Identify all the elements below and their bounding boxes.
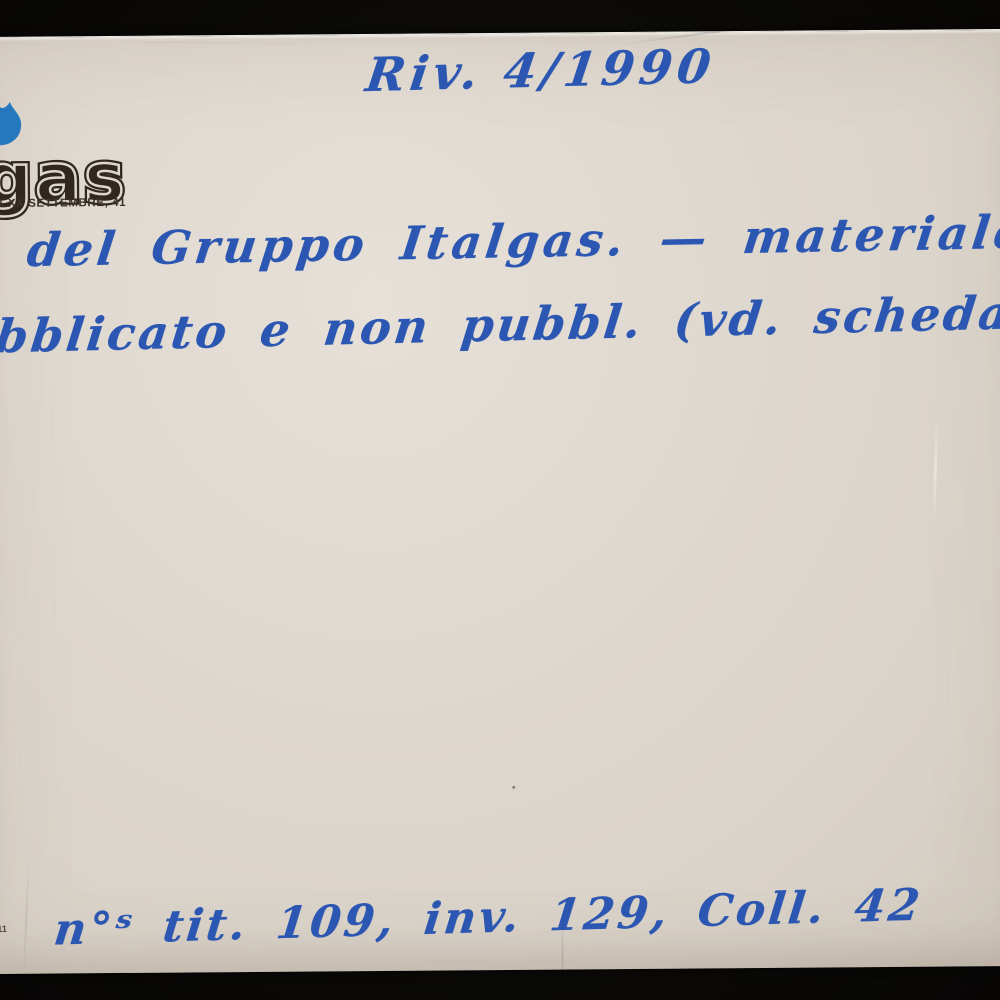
handwritten-top-annotation: Riv. 4/1990 — [363, 39, 719, 103]
paper-speck — [512, 786, 515, 789]
handwritten-archive-reference: n°ˢ tit. 109, inv. 129, Coll. 42 — [51, 880, 925, 956]
photo-background: Riv. 4/1990 gas gas A XX SETTEMBRE, 41 è… — [0, 0, 1000, 1000]
crease-right-edge — [932, 416, 938, 526]
envelope: Riv. 4/1990 gas gas A XX SETTEMBRE, 41 è… — [0, 29, 1000, 974]
crease-top-left — [144, 42, 374, 45]
handwritten-note-line1: è del Gruppo Italgas. — materiale va — [0, 203, 1000, 278]
crease-bottom-left — [22, 856, 30, 981]
letterhead-address: A XX SETTEMBRE, 41 — [0, 197, 126, 210]
edge-print-fragment: 11 — [0, 924, 7, 934]
handwritten-note-line2: ubblicato e non pubbl. (vd. scheda su Er… — [0, 280, 1000, 364]
